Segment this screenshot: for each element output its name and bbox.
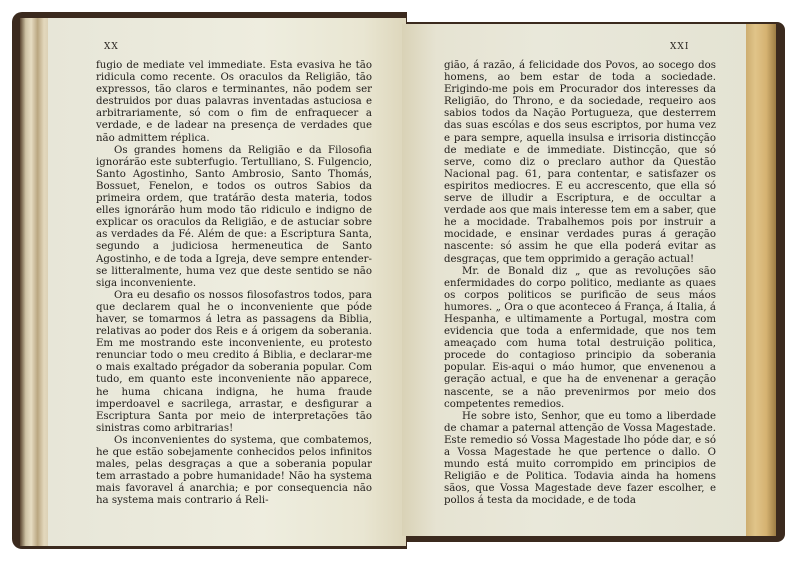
paragraph: He sobre isto, Senhor, que eu tomo a lib… <box>444 411 716 508</box>
right-page-number: XXI <box>670 42 689 52</box>
paragraph: gião, á razão, á felicidade dos Povos, a… <box>444 60 716 266</box>
paragraph: Os inconvenientes do systema, que combat… <box>96 435 372 508</box>
paragraph: fugio de mediate vel immediate. Esta eva… <box>96 60 372 145</box>
paragraph: Os grandes homens da Religião e da Filos… <box>96 145 372 290</box>
left-page-number: XX <box>104 42 119 52</box>
page-edges-right <box>744 24 776 536</box>
right-page-text: gião, á razão, á felicidade dos Povos, a… <box>444 60 716 507</box>
paragraph: Mr. de Bonald diz „ que as revoluções sã… <box>444 266 716 411</box>
left-page-text: fugio de mediate vel immediate. Esta eva… <box>96 60 372 507</box>
open-book: XX XXI fugio de mediate vel immediate. E… <box>0 0 800 563</box>
paragraph: Ora eu desafio os nossos filosofastros t… <box>96 290 372 435</box>
